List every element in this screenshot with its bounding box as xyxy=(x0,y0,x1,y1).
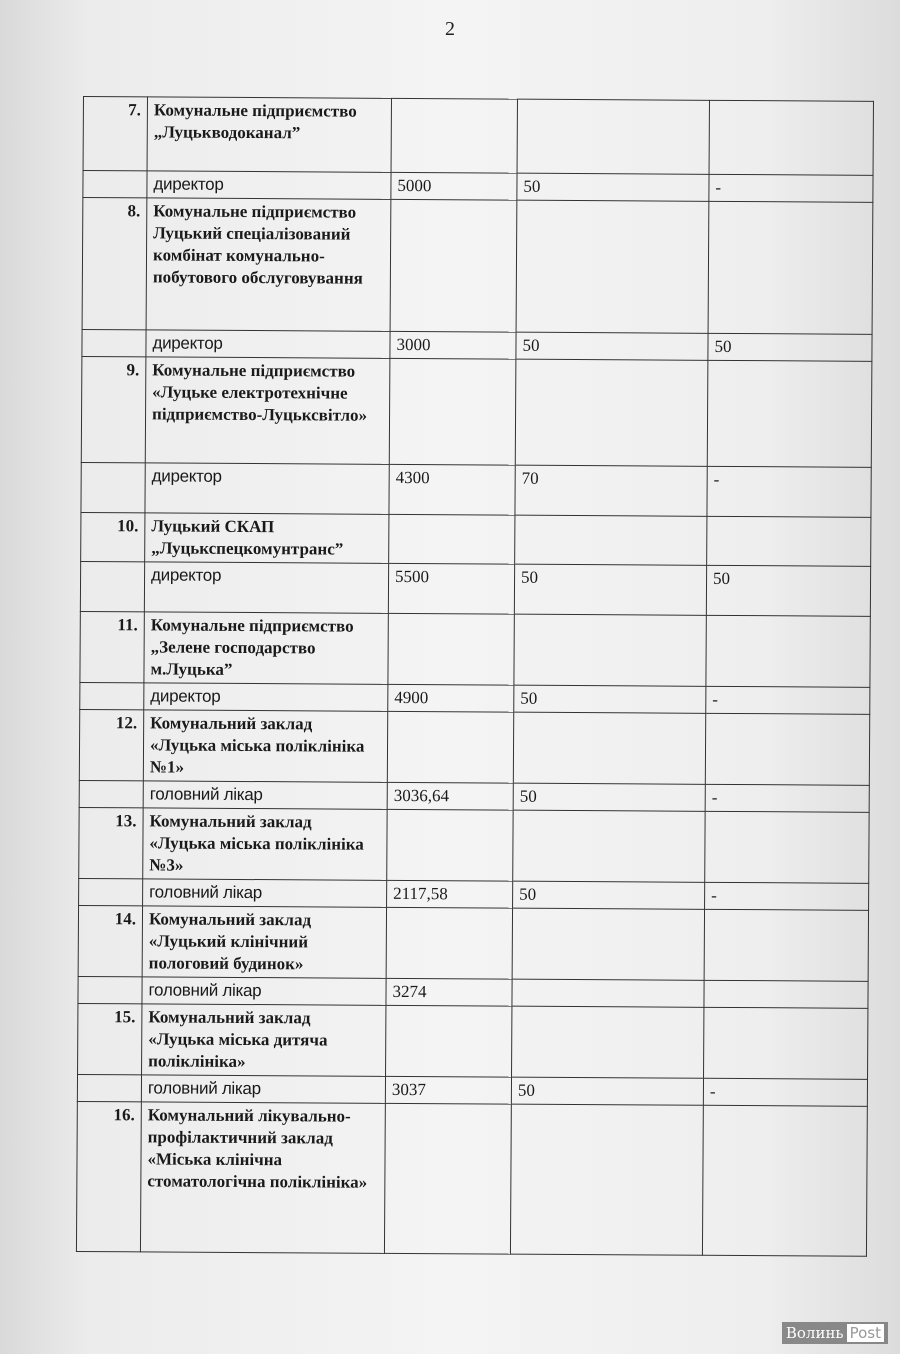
empty-cell xyxy=(706,615,870,687)
empty-cell xyxy=(516,200,709,333)
position-title: директор xyxy=(145,463,389,514)
org-number: 8. xyxy=(82,198,147,330)
org-name: Комунальний лікувально-профілактичний за… xyxy=(140,1102,385,1253)
percent-value-1: 50 xyxy=(517,173,709,201)
position-title: головний лікар xyxy=(142,977,386,1005)
page-number: 2 xyxy=(0,18,900,41)
empty-cell xyxy=(387,711,513,783)
position-row: директор55005050 xyxy=(80,561,870,616)
empty-cell xyxy=(78,976,142,1003)
salary-value: 3036,64 xyxy=(387,782,513,810)
salary-value: 2117,58 xyxy=(387,880,513,908)
watermark-brand: Волинь xyxy=(786,1324,844,1342)
percent-value-2: 50 xyxy=(706,565,870,616)
empty-cell xyxy=(705,811,869,883)
salary-value: 3000 xyxy=(390,331,516,359)
percent-value-1 xyxy=(512,979,704,1007)
empty-cell xyxy=(513,810,705,882)
org-number: 13. xyxy=(79,807,143,878)
salary-value: 4300 xyxy=(389,464,515,515)
org-name: Луцький СКАП „Луцькспецкомунтранс” xyxy=(145,513,389,563)
position-title: головний лікар xyxy=(143,879,387,907)
empty-cell xyxy=(389,514,515,564)
position-title: директор xyxy=(144,562,388,613)
empty-cell xyxy=(517,99,709,174)
empty-cell xyxy=(79,878,143,905)
org-name: Комунальний заклад «Луцька міська полікл… xyxy=(143,710,387,782)
org-row: 7.Комунальне підприємство „Луцькводокана… xyxy=(83,97,873,176)
org-name: Комунальний заклад «Луцький клінічний по… xyxy=(142,906,386,978)
empty-cell xyxy=(81,462,145,512)
empty-cell xyxy=(709,100,873,175)
org-name: Комунальний заклад «Луцька міська полікл… xyxy=(143,808,387,880)
empty-cell xyxy=(513,712,705,784)
org-number: 12. xyxy=(79,709,143,780)
org-number: 14. xyxy=(78,905,142,976)
org-row: 16.Комунальний лікувально-профілактичний… xyxy=(76,1101,867,1256)
org-number: 15. xyxy=(78,1003,142,1074)
org-row: 8.Комунальне підприємство Луцький спеціа… xyxy=(82,198,873,335)
empty-cell xyxy=(80,561,144,611)
percent-value-1: 50 xyxy=(513,881,705,909)
percent-value-2: - xyxy=(705,784,869,812)
org-number: 16. xyxy=(76,1101,141,1251)
empty-cell xyxy=(82,329,146,356)
salary-value: 3037 xyxy=(385,1076,511,1104)
empty-cell xyxy=(515,359,708,466)
position-title: головний лікар xyxy=(141,1075,385,1103)
org-number: 11. xyxy=(80,611,144,682)
org-row: 13.Комунальний заклад «Луцька міська пол… xyxy=(79,807,869,883)
org-name: Комунальне підприємство Луцький спеціалі… xyxy=(146,198,391,331)
salary-value: 3274 xyxy=(386,978,512,1006)
position-title: директор xyxy=(147,171,391,199)
salary-value: 5500 xyxy=(388,563,514,614)
salary-value: 4900 xyxy=(388,684,514,712)
percent-value-2: - xyxy=(709,174,873,202)
empty-cell xyxy=(707,516,871,566)
org-name: Комунальний заклад «Луцька міська дитяча… xyxy=(142,1004,386,1076)
org-number: 10. xyxy=(81,512,145,561)
empty-cell xyxy=(515,515,707,565)
empty-cell xyxy=(77,1074,141,1101)
watermark-suffix: Post xyxy=(847,1324,884,1342)
percent-value-2 xyxy=(704,980,868,1008)
empty-cell xyxy=(514,614,706,686)
empty-cell xyxy=(387,809,513,881)
empty-cell xyxy=(80,682,144,709)
percent-value-2: 50 xyxy=(708,333,872,361)
org-name: Комунальне підприємство «Луцьке електрот… xyxy=(145,357,390,464)
position-row: директор430070- xyxy=(81,462,871,517)
position-title: директор xyxy=(144,683,388,711)
empty-cell xyxy=(83,171,147,198)
empty-cell xyxy=(702,1105,867,1256)
empty-cell xyxy=(512,1006,704,1078)
org-number: 7. xyxy=(83,97,147,171)
percent-value-2: - xyxy=(703,1078,867,1106)
empty-cell xyxy=(707,360,872,467)
position-title: головний лікар xyxy=(143,781,387,809)
org-row: 10.Луцький СКАП „Луцькспецкомунтранс” xyxy=(81,512,871,566)
empty-cell xyxy=(390,199,517,332)
empty-cell xyxy=(704,909,868,981)
org-row: 15.Комунальний заклад «Луцька міська дит… xyxy=(78,1003,868,1079)
salary-value: 5000 xyxy=(391,172,517,200)
org-row: 12.Комунальний заклад «Луцька міська пол… xyxy=(79,709,869,785)
empty-cell xyxy=(391,98,517,173)
percent-value-2: - xyxy=(707,466,871,517)
position-title: директор xyxy=(146,330,390,358)
org-number: 9. xyxy=(81,356,146,462)
org-row: 11.Комунальне підприємство „Зелене госпо… xyxy=(80,611,870,687)
org-name: Комунальне підприємство „Зелене господар… xyxy=(144,612,388,684)
empty-cell xyxy=(510,1104,703,1255)
percent-value-1: 70 xyxy=(515,465,707,516)
percent-value-1: 50 xyxy=(514,685,706,713)
org-name: Комунальне підприємство „Луцькводоканал” xyxy=(147,97,391,172)
watermark-logo: Волинь Post xyxy=(782,1322,888,1344)
percent-value-2: - xyxy=(706,686,870,714)
percent-value-1: 50 xyxy=(513,783,705,811)
percent-value-1: 50 xyxy=(511,1077,703,1105)
empty-cell xyxy=(386,1005,512,1077)
empty-cell xyxy=(389,358,516,465)
empty-cell xyxy=(79,780,143,807)
empty-cell xyxy=(704,1007,868,1079)
empty-cell xyxy=(384,1103,511,1254)
org-row: 14.Комунальний заклад «Луцький клінічний… xyxy=(78,905,868,981)
empty-cell xyxy=(705,713,869,785)
percent-value-1: 50 xyxy=(516,332,708,360)
empty-cell xyxy=(708,201,873,334)
percent-value-2: - xyxy=(705,882,869,910)
empty-cell xyxy=(386,907,512,979)
percent-value-1: 50 xyxy=(514,564,706,615)
salary-table: 7.Комунальне підприємство „Луцькводокана… xyxy=(76,96,874,1257)
empty-cell xyxy=(512,908,704,980)
empty-cell xyxy=(388,613,514,685)
org-row: 9.Комунальне підприємство «Луцьке електр… xyxy=(81,356,872,467)
